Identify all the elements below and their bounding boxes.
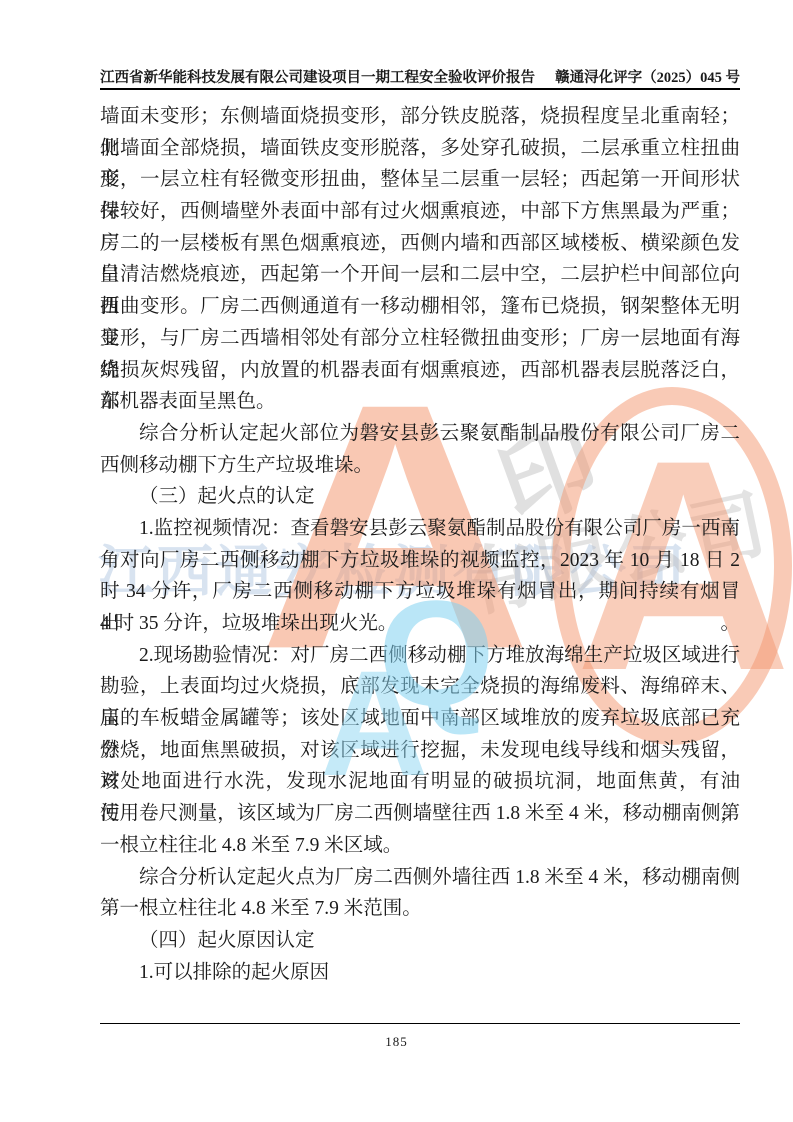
body-line: 变形，与厂房二西墙相邻处有部分立柱轻微扭曲变形；厂房一层地面有海绵: [100, 323, 740, 355]
body-line: 部机器表面呈黑色。: [100, 386, 740, 418]
page-header: 江西省新华能科技发展有限公司建设项目一期工程安全验收评价报告 赣通浔化评字（20…: [100, 66, 740, 87]
body-line: 烧损灰烬残留，内放置的机器表面有烟熏痕迹，西部机器表层脱落泛白，东: [100, 355, 740, 387]
header-report-title: 江西省新华能科技发展有限公司建设项目一期工程安全验收评价报告: [100, 66, 535, 87]
document-page: 江西通安检测有限公司 印 有限公司 A A 江西省新华能科技发展有限公司建设项目…: [0, 0, 793, 1122]
body-line: 使用卷尺测量，该区域为厂房二西侧墙壁往西 1.8 米至 4 米，移动棚南侧第: [100, 798, 740, 830]
footer-rule: [100, 1023, 740, 1024]
body-line: 持较好，西侧墙壁外表面中部有过火烟熏痕迹，中部下方焦黑最为严重；厂: [100, 196, 740, 228]
body-line: 综合分析认定起火点为厂房二西侧外墙往西 1.8 米至 4 米，移动棚南侧: [100, 862, 740, 894]
body-line: （四）起火原因认定: [100, 925, 740, 957]
body-line: 1.监控视频情况：查看磐安县彭云聚氨酯制品股份有限公司厂房一西南: [100, 513, 740, 545]
body-line: 该处地面进行水洗，发现水泥地面有明显的破损坑洞，地面焦黄，有油污，: [100, 766, 740, 798]
body-line: 侧墙面全部烧损，墙面铁皮变形脱落，多处穿孔破损，二层承重立柱扭曲变: [100, 133, 740, 165]
body-line: 1.可以排除的起火原因: [100, 957, 740, 989]
page-number: 185: [0, 1034, 793, 1050]
body-line: 房二的一层楼板有黑色烟熏痕迹，西侧内墙和西部区域楼板、横梁颜色发白，: [100, 228, 740, 260]
body-line: 角对向厂房二西侧移动棚下方垃圾堆垛的视频监控，2023 年 10 月 18 日 …: [100, 545, 740, 577]
body-line: 墙面未变形；东侧墙面烧损变形，部分铁皮脱落，烧损程度呈北重南轻；北: [100, 101, 740, 133]
body-line: 扁的车板蜡金属罐等；该处区域地面中南部区域堆放的废弃垃圾底部已充分: [100, 703, 740, 735]
body-line: 时 34 分许，厂房二西侧移动棚下方垃圾堆垛有烟冒出，期间持续有烟冒出。: [100, 576, 740, 608]
body-line: 第一根立柱往北 4.8 米至 7.9 米范围。: [100, 893, 740, 925]
body-line: （三）起火点的认定: [100, 481, 740, 513]
body-line: 扭曲变形。厂房二西侧通道有一移动棚相邻，篷布已烧损，钢架整体无明显: [100, 291, 740, 323]
document-body: 墙面未变形；东侧墙面烧损变形，部分铁皮脱落，烧损程度呈北重南轻；北侧墙面全部烧损…: [100, 101, 740, 988]
header-document-number: 赣通浔化评字（2025）045 号: [555, 66, 740, 87]
body-line: 勘验，上表面均过火烧损，底部发现未完全烧损的海绵废料、海绵碎末、压: [100, 671, 740, 703]
body-line: 形，一层立柱有轻微变形扭曲，整体呈二层重一层轻；西起第一开间形状保: [100, 164, 740, 196]
header-rule: [100, 88, 740, 90]
body-line: 燃烧，地面焦黑破损，对该区域进行挖掘，未发现电线导线和烟头残留，对: [100, 735, 740, 767]
body-line: 2.现场勘验情况：对厂房二西侧移动棚下方堆放海绵生产垃圾区域进行: [100, 640, 740, 672]
body-line: 综合分析认定起火部位为磐安县彭云聚氨酯制品股份有限公司厂房二: [100, 418, 740, 450]
body-line: 呈清洁燃烧痕迹，西起第一个开间一层和二层中空，二层护栏中间部位向西: [100, 259, 740, 291]
body-line: 西侧移动棚下方生产垃圾堆垛。: [100, 450, 740, 482]
body-line: 一根立柱往北 4.8 米至 7.9 米区域。: [100, 830, 740, 862]
